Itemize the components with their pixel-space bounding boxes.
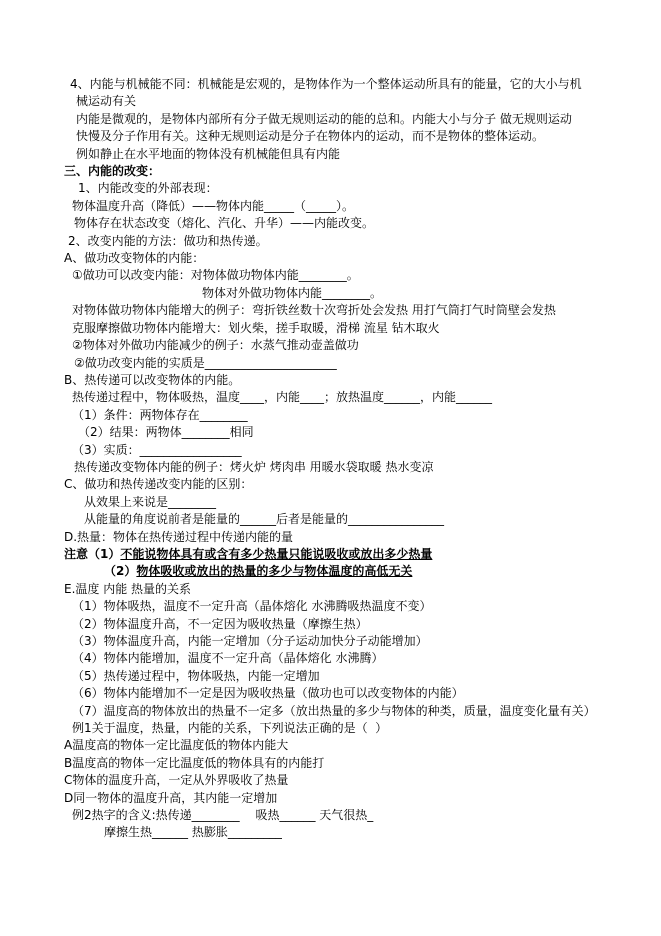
text-segment: E.温度 内能 热量的关系 <box>64 582 191 596</box>
text-line: （1）条件：两物体存在________ <box>64 407 637 424</box>
text-segment: A温度高的物体一定比温度低的物体内能大 <box>64 738 288 752</box>
text-segment: 从能量的角度说前者是能量的______后者是能量的_______________… <box>84 512 444 526</box>
text-segment: D.热量：物体在热传递过程中传递内能的量 <box>64 530 293 544</box>
text-segment: （3）物体温度升高，内能一定增加（分子运动加快分子动能增加） <box>72 634 428 648</box>
text-line: 例如静止在水平地面的物体没有机械能但具有内能 <box>64 146 637 163</box>
text-line: 内能是微观的，是物体内部所有分子做无规则运动的能的总和。内能大小与分子 做无规则… <box>64 111 637 128</box>
text-segment: 热传递过程中，物体吸热，温度____，内能____；放热温度______，内能_… <box>72 390 492 404</box>
text-line: 4、内能与机械能不同：机械能是宏观的，是物体作为一个整体运动所具有的能量，它的大… <box>64 76 637 93</box>
text-segment: 例2热字的含义:热传递________ 吸热______ 天气很热_ <box>72 808 373 822</box>
text-segment: D同一物体的温度升高，其内能一定增加 <box>64 791 277 805</box>
text-segment: 三、内能的改变： <box>64 164 160 178</box>
text-segment: 物体温度升高（降低）——物体内能_____（_____）。 <box>72 199 354 213</box>
text-line: 例1关于温度，热量，内能的关系，下列说法正确的是（ ） <box>64 720 637 737</box>
text-segment: 内能是微观的，是物体内部所有分子做无规则运动的能的总和。内能大小与分子 做无规则… <box>76 112 572 126</box>
text-segment: 注意（1） <box>64 547 120 561</box>
text-segment: B温度高的物体一定比温度低的物体具有的内能打 <box>64 756 324 770</box>
text-line: 三、内能的改变： <box>64 163 637 180</box>
text-line: A温度高的物体一定比温度低的物体内能大 <box>64 737 637 754</box>
text-segment: 例1关于温度，热量，内能的关系，下列说法正确的是（ ） <box>72 721 387 735</box>
text-segment: ②做功改变内能的实质是______________________ <box>74 356 337 370</box>
text-segment: （3）实质：_________________ <box>72 443 242 457</box>
text-line: 2、改变内能的方法：做功和热传递。 <box>64 233 637 250</box>
text-line: 械运动有关 <box>64 93 637 110</box>
text-line: B温度高的物体一定比温度低的物体具有的内能打 <box>64 755 637 772</box>
text-segment: 4、内能与机械能不同：机械能是宏观的，是物体作为一个整体运动所具有的能量，它的大… <box>70 77 582 91</box>
text-segment: 1、内能改变的外部表现： <box>78 181 218 195</box>
text-segment: （7）温度高的物体放出的热量不一定多（放出热量的多少与物体的种类，质量，温度变化… <box>72 704 596 718</box>
text-line: 热传递改变物体内能的例子：烤火炉 烤肉串 用暖水袋取暖 热水变凉 <box>64 459 637 476</box>
text-segment: C、做功和热传递改变内能的区别： <box>64 477 252 491</box>
text-line: （3）物体温度升高，内能一定增加（分子运动加快分子动能增加） <box>64 633 637 650</box>
text-line: （2）物体吸收或放出的热量的多少与物体温度的高低无关 <box>64 563 637 580</box>
text-segment: （1）条件：两物体存在________ <box>72 408 248 422</box>
text-line: 从能量的角度说前者是能量的______后者是能量的_______________… <box>64 511 637 528</box>
text-segment: 物体存在状态改变（熔化、汽化、升华）——内能改变。 <box>74 216 374 230</box>
text-line: ①做功可以改变内能：对物体做功物体内能________。 <box>64 267 637 284</box>
text-line: （1）物体吸热，温度不一定升高（晶体熔化 水沸腾吸热温度不变） <box>64 598 637 615</box>
text-line: 例2热字的含义:热传递________ 吸热______ 天气很热_ <box>64 807 637 824</box>
text-line: 注意（1）不能说物体具有或含有多少热量只能说吸收或放出多少热量 <box>64 546 637 563</box>
text-segment: 摩擦生热______ 热膨胀_________ <box>104 825 282 839</box>
text-segment: B、热传递可以改变物体的内能。 <box>64 373 240 387</box>
text-segment: （1）物体吸热，温度不一定升高（晶体熔化 水沸腾吸热温度不变） <box>72 599 431 613</box>
text-line: E.温度 内能 热量的关系 <box>64 581 637 598</box>
text-segment: 2、改变内能的方法：做功和热传递。 <box>68 234 268 248</box>
text-line: 克服摩擦做功物体内能增大：划火柴，搓手取暖，滑梯 流星 钻木取火 <box>64 320 637 337</box>
text-segment: （4）物体内能增加，温度不一定升高（晶体熔化 水沸腾） <box>72 651 383 665</box>
text-line: （2）结果：两物体________相同 <box>64 424 637 441</box>
text-line: （6）物体内能增加不一定是因为吸收热量（做功也可以改变物体的内能） <box>64 685 637 702</box>
text-line: D同一物体的温度升高，其内能一定增加 <box>64 790 637 807</box>
text-line: A、做功改变物体的内能： <box>64 250 637 267</box>
text-line: ②做功改变内能的实质是______________________ <box>64 355 637 372</box>
text-line: （3）实质：_________________ <box>64 442 637 459</box>
text-segment: ①做功可以改变内能：对物体做功物体内能________。 <box>72 268 359 282</box>
text-line: （5）热传递过程中，物体吸热，内能一定增加 <box>64 668 637 685</box>
text-segment: （2）结果：两物体________相同 <box>78 425 254 439</box>
text-line: C、做功和热传递改变内能的区别： <box>64 476 637 493</box>
text-line: D.热量：物体在热传递过程中传递内能的量 <box>64 529 637 546</box>
text-segment: ②物体对外做功内能减少的例子：水蒸气推动壶盖做功 <box>72 338 359 352</box>
text-segment: （2） <box>104 564 136 578</box>
text-segment: C物体的温度升高，一定从外界吸收了热量 <box>64 773 288 787</box>
text-segment: 热传递改变物体内能的例子：烤火炉 烤肉串 用暖水袋取暖 热水变凉 <box>74 460 433 474</box>
text-segment: 械运动有关 <box>76 94 136 108</box>
document-page: 4、内能与机械能不同：机械能是宏观的，是物体作为一个整体运动所具有的能量，它的大… <box>0 0 661 936</box>
text-segment: 从效果上来说是________ <box>84 495 216 509</box>
text-line: 对物体做功物体内能增大的例子：弯折铁丝数十次弯折处会发热 用打气筒打气时筒壁会发… <box>64 302 637 319</box>
text-segment: 快慢及分子作用有关。这种无规则运动是分子在物体内的运动，而不是物体的整体运动。 <box>76 129 544 143</box>
text-segment: （6）物体内能增加不一定是因为吸收热量（做功也可以改变物体的内能） <box>72 686 464 700</box>
text-segment: （2）物体温度升高，不一定因为吸收热量（摩擦生热） <box>72 617 368 631</box>
text-segment: 克服摩擦做功物体内能增大：划火柴，搓手取暖，滑梯 流星 钻木取火 <box>72 321 440 335</box>
text-segment: （5）热传递过程中，物体吸热，内能一定增加 <box>72 669 320 683</box>
text-line: ②物体对外做功内能减少的例子：水蒸气推动壶盖做功 <box>64 337 637 354</box>
text-line: 快慢及分子作用有关。这种无规则运动是分子在物体内的运动，而不是物体的整体运动。 <box>64 128 637 145</box>
text-line: 1、内能改变的外部表现： <box>64 180 637 197</box>
text-line: （4）物体内能增加，温度不一定升高（晶体熔化 水沸腾） <box>64 650 637 667</box>
text-line: （2）物体温度升高，不一定因为吸收热量（摩擦生热） <box>64 616 637 633</box>
text-segment: 物体对外做功物体内能________。 <box>202 286 382 300</box>
text-line: 热传递过程中，物体吸热，温度____，内能____；放热温度______，内能_… <box>64 389 637 406</box>
document-body: 4、内能与机械能不同：机械能是宏观的，是物体作为一个整体运动所具有的能量，它的大… <box>64 76 637 842</box>
text-segment: 物体吸收或放出的热量的多少与物体温度的高低无关 <box>136 564 412 578</box>
text-line: 物体存在状态改变（熔化、汽化、升华）——内能改变。 <box>64 215 637 232</box>
text-line: 物体温度升高（降低）——物体内能_____（_____）。 <box>64 198 637 215</box>
text-line: （7）温度高的物体放出的热量不一定多（放出热量的多少与物体的种类，质量，温度变化… <box>64 703 637 720</box>
text-segment: 例如静止在水平地面的物体没有机械能但具有内能 <box>76 147 340 161</box>
text-line: 摩擦生热______ 热膨胀_________ <box>64 824 637 841</box>
text-segment: 不能说物体具有或含有多少热量只能说吸收或放出多少热量 <box>120 547 432 561</box>
text-segment: A、做功改变物体的内能： <box>64 251 204 265</box>
text-segment: 对物体做功物体内能增大的例子：弯折铁丝数十次弯折处会发热 用打气筒打气时筒壁会发… <box>72 303 556 317</box>
text-line: 物体对外做功物体内能________。 <box>64 285 637 302</box>
text-line: B、热传递可以改变物体的内能。 <box>64 372 637 389</box>
text-line: 从效果上来说是________ <box>64 494 637 511</box>
text-line: C物体的温度升高，一定从外界吸收了热量 <box>64 772 637 789</box>
